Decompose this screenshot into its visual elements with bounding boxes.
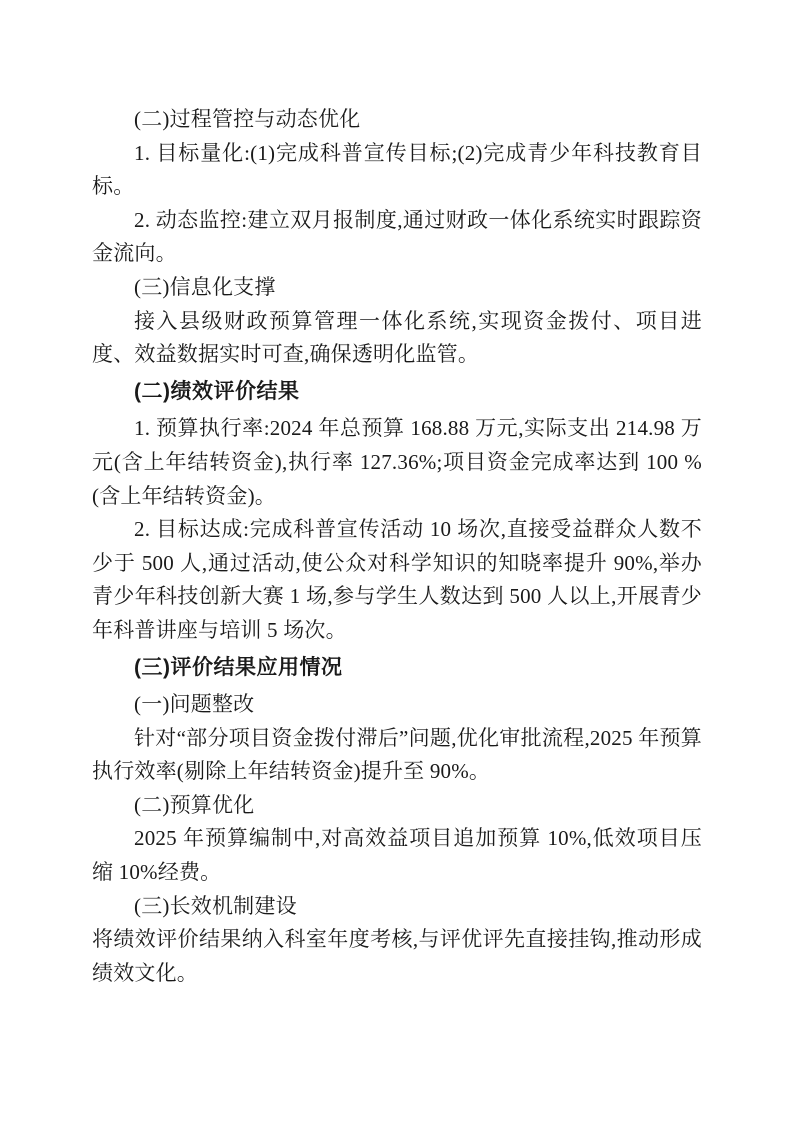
paragraph: 2. 动态监控:建立双月报制度,通过财政一体化系统实时跟踪资金流向。: [92, 204, 702, 271]
paragraph: (二)预算优化: [92, 789, 702, 823]
paragraph: 接入县级财政预算管理一体化系统,实现资金拨付、项目进度、效益数据实时可查,确保透…: [92, 305, 702, 372]
document-page: (二)过程管控与动态优化1. 目标量化:(1)完成科普宣传目标;(2)完成青少年…: [0, 0, 793, 1122]
paragraph: 将绩效评价结果纳入科室年度考核,与评优评先直接挂钩,推动形成绩效文化。: [92, 923, 702, 990]
paragraph: 2025 年预算编制中,对高效益项目追加预算 10%,低效项目压缩 10%经费。: [92, 822, 702, 889]
paragraph: (三)信息化支撑: [92, 271, 702, 305]
paragraph: 1. 目标量化:(1)完成科普宣传目标;(2)完成青少年科技教育目标。: [92, 137, 702, 204]
document-body: (二)过程管控与动态优化1. 目标量化:(1)完成科普宣传目标;(2)完成青少年…: [92, 103, 702, 990]
paragraph: 1. 预算执行率:2024 年总预算 168.88 万元,实际支出 214.98…: [92, 412, 702, 513]
paragraph: (三)长效机制建设: [92, 890, 702, 924]
paragraph: (二)过程管控与动态优化: [92, 103, 702, 137]
paragraph: 针对“部分项目资金拨付滞后”问题,优化审批流程,2025 年预算执行效率(剔除上…: [92, 722, 702, 789]
section-heading: (三)评价结果应用情况: [92, 651, 702, 685]
paragraph: (一)问题整改: [92, 688, 702, 722]
section-heading: (二)绩效评价结果: [92, 375, 702, 409]
paragraph: 2. 目标达成:完成科普宣传活动 10 场次,直接受益群众人数不少于 500 人…: [92, 513, 702, 647]
